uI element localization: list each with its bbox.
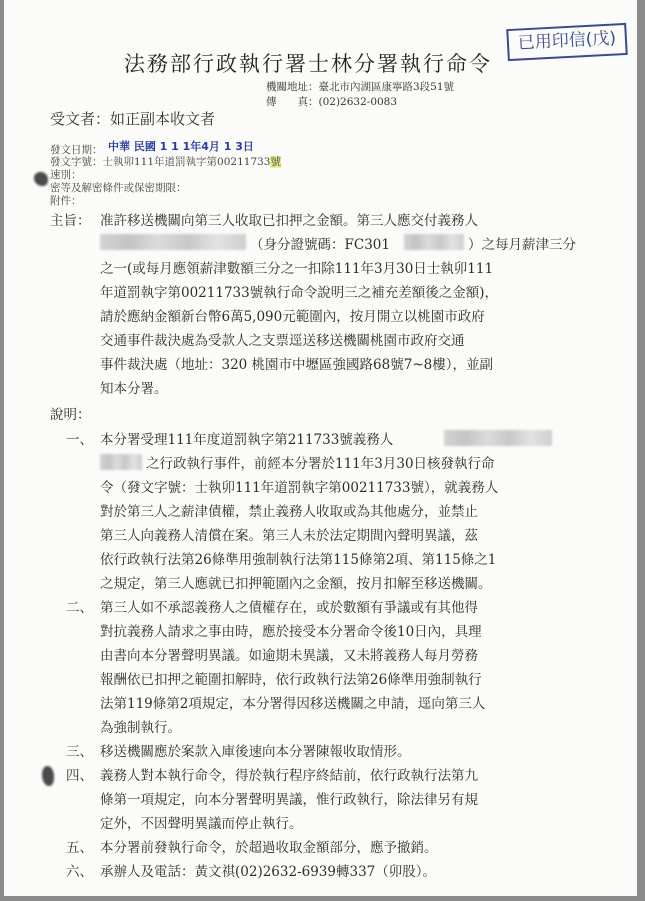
item-line: 對抗義務人請求之事由時，應於接受本分署命令後10日內，具理 [100,620,482,640]
item-line: 義務人對本執行命令，得於執行程序終結前，依行政執行法第九 [100,764,478,784]
redacted-name [100,234,246,250]
subject-line: 知本分署。 [100,377,168,397]
ink-smudge [34,172,48,186]
subject-line: ）之每月薪津三分 [468,233,576,253]
issue-date-value: 中華 民國 1 1 1年4月 1 3日 [108,138,254,154]
issue-number: 發文字號：士執卯111年道罰執字第00211733號 [50,154,281,169]
item-number: 二、 [66,596,93,616]
issue-number-value: 士執卯111年道罰執字第00211733 [103,156,271,168]
item-line: 對於第三人之薪津債權，禁止義務人收取或為其他處分，並禁止 [100,500,478,520]
agency-fax: 傳 真：(02)2632-0083 [266,94,397,109]
item-line: 之行政執行事件，前經本分署於111年3月30日核發執行命 [146,452,495,472]
item-line: 法第119條第2項規定，本分署得因移送機關之申請，逕向第三人 [100,692,485,712]
item-line: 承辦人及電話：黃文祺(02)2632-6939轉337（卯股）。 [100,860,436,880]
attachment-label: 附件： [50,193,82,208]
redacted-name [100,454,142,470]
document-page: 已用印信(戊) 法務部行政執行署士林分署執行命令 機關地址：臺北市內湖區康寧路3… [4,0,637,896]
item-line: 定外，不因聲明異議而停止執行。 [100,812,303,832]
item-line: 本分署受理111年度道罰執字第211733號義務人 [100,428,393,448]
subject-label: 主旨： [50,209,91,229]
item-line: 之規定，第三人應就已扣押範圍內之金額，按月扣解至移送機關。 [100,572,492,592]
item-line: 為強制執行。 [100,716,181,736]
item-line: 報酬依已扣押之範圍扣解時，依行政執行法第26條準用強制執行 [100,668,482,688]
issue-number-suffix: 號 [270,156,281,168]
item-line: 移送機關應於案款入庫後速向本分署陳報收取情形。 [100,740,411,760]
document-title: 法務部行政執行署士林分署執行命令 [124,48,492,78]
item-number: 一、 [66,428,93,448]
item-line: 本分署前發執行命令，於超過收取金額部分，應予撤銷。 [100,836,438,856]
explanation-label: 說明： [50,403,91,423]
item-line: 依行政執行法第26條準用強制執行法第115條第2項、第115條之1 [100,548,496,568]
item-number: 四、 [66,764,93,784]
address-value: 臺北市內湖區康寧路3段51號 [319,81,455,93]
recipient: 受文者：如正副本收文者 [50,108,215,129]
item-number: 六、 [66,860,93,880]
fax-value: (02)2632-0083 [319,96,398,108]
seal-stamp: 已用印信(戊) [506,23,628,61]
item-line: 條第一項規定，向本分署聲明異議，惟行政執行，除法律另有規 [100,788,478,808]
recipient-label: 受文者： [50,110,110,128]
ink-smudge [42,766,54,786]
subject-line: （身分證號碼：FC301 [250,233,390,253]
item-line: 由書向本分署聲明異議。如逾期未異議，又未將義務人每月勞務 [100,644,478,664]
item-number: 五、 [66,836,93,856]
item-line: 第三人如不承認義務人之債權存在，或於數額有爭議或有其他得 [100,596,478,616]
redacted-id [404,234,464,250]
redacted-name [444,430,552,446]
recipient-value: 如正副本收文者 [110,110,215,128]
subject-line: 請於應納金額新台幣6萬5,090元範圍內，按月開立以桃園市政府 [100,305,485,325]
item-line: 令（發文字號：士執卯111年道罰執字第00211733號），就義務人 [100,476,498,496]
item-line: 第三人向義務人清償在案。第三人未於法定期間內聲明異議，茲 [100,524,478,544]
agency-address: 機關地址：臺北市內湖區康寧路3段51號 [266,79,454,94]
subject-line: 事件裁決處（地址：320 桃園市中壢區強國路68號7~8樓），並副 [100,353,493,373]
subject-line: 准許移送機關向第三人收取已扣押之金額。第三人應交付義務人 [100,209,478,229]
subject-line: 年道罰執字第00211733號執行命令說明三之補充差額後之金額)， [100,281,498,301]
item-number: 三、 [66,740,93,760]
subject-line: 之一(或每月應領薪津數額三分之一扣除111年3月30日士執卯111 [100,257,493,277]
address-label: 機關地址： [266,81,319,93]
subject-line: 交通事件裁決處為受款人之支票逕送移送機關桃園市政府交通 [100,329,465,349]
fax-label: 傳 真： [266,96,319,108]
